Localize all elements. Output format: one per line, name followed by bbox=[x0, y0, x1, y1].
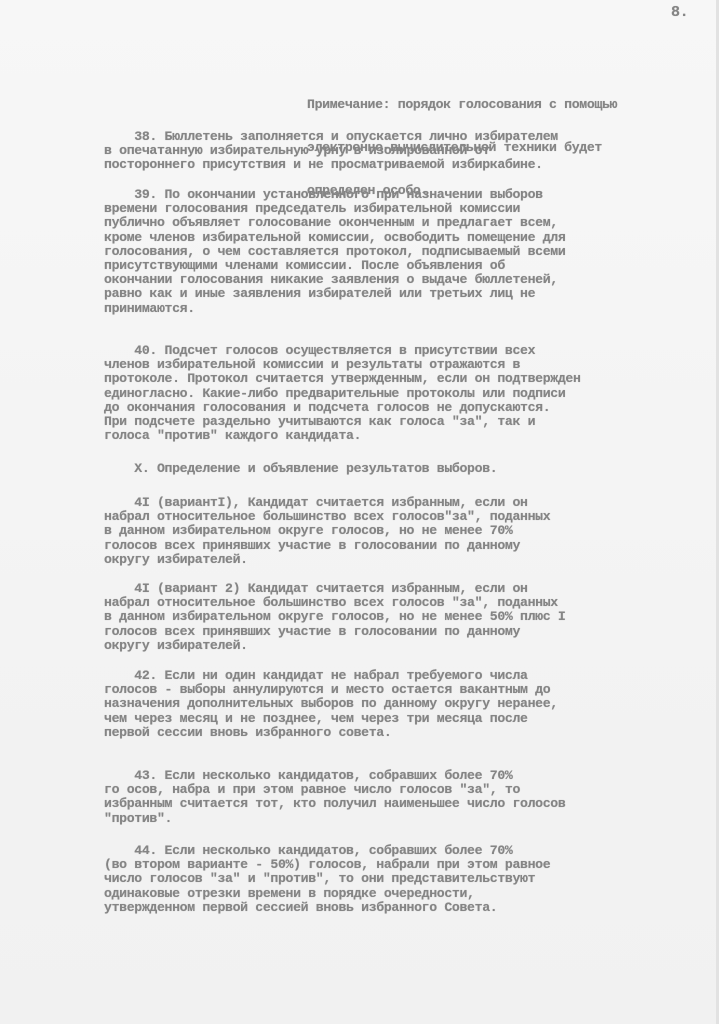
paragraph-40: 40. Подсчет голосов осуществляется в при… bbox=[104, 344, 581, 443]
paragraph-44: 44. Если несколько кандидатов, собравших… bbox=[104, 844, 550, 915]
section-heading-x: X. Определение и объявление результатов … bbox=[104, 462, 497, 476]
text-line: округу избирателей. bbox=[104, 639, 565, 653]
text-line: в данном избирательном округе голосов, н… bbox=[104, 524, 550, 538]
text-line: принимаются. bbox=[104, 302, 565, 316]
text-line: первой сессии вновь избранного совета. bbox=[104, 726, 558, 740]
paragraph-43: 43. Если несколько кандидатов, собравших… bbox=[104, 769, 565, 826]
text-line: голосов всех принявших участие в голосов… bbox=[104, 539, 550, 553]
text-line: членов избирательной комиссии и результа… bbox=[104, 358, 581, 372]
text-line: X. Определение и объявление результатов … bbox=[104, 462, 497, 476]
text-line: публично объявляет голосование оконченны… bbox=[104, 216, 565, 230]
text-line: голосования, о чем составляется протокол… bbox=[104, 245, 565, 259]
paragraph-41-variant-2: 4I (вариант 2) Кандидат считается избран… bbox=[104, 582, 565, 653]
text-line: голосов всех принявших участие в голосов… bbox=[104, 625, 565, 639]
text-line: избранным считается тот, кто получил наи… bbox=[104, 797, 565, 811]
text-line: кроме членов избирательной комиссии, осв… bbox=[104, 231, 565, 245]
text-line: (во втором варианте - 50%) голосов, набр… bbox=[104, 858, 550, 872]
text-line: "против". bbox=[104, 812, 565, 826]
document-page: 8. Примечание: порядок голосования с пом… bbox=[0, 0, 719, 1024]
text-line: голоса "против" каждого кандидата. bbox=[104, 429, 581, 443]
page-number: 8. bbox=[671, 6, 688, 20]
text-line: чем через месяц и не позднее, чем через … bbox=[104, 712, 558, 726]
text-line: протоколе. Протокол считается утвержденн… bbox=[104, 372, 581, 386]
text-line: постороннего присутствия и не просматрив… bbox=[104, 158, 558, 172]
text-line: утвержденном первой сессией вновь избран… bbox=[104, 901, 550, 915]
text-line: равно как и иные заявления избирателей и… bbox=[104, 287, 565, 301]
text-line: При подсчете раздельно учитываются как г… bbox=[104, 415, 581, 429]
paragraph-42: 42. Если ни один кандидат не набрал треб… bbox=[104, 669, 558, 740]
paragraph-38: 38. Бюллетень заполняется и опускается л… bbox=[104, 130, 558, 173]
text-line: одинаковые отрезки времени в порядке оче… bbox=[104, 887, 550, 901]
text-line: округу избирателей. bbox=[104, 553, 550, 567]
text-line: число голосов "за" и "против", то они пр… bbox=[104, 872, 550, 886]
text-line: в данном избирательном округе голосов, н… bbox=[104, 610, 565, 624]
text-line: назначения дополнительных выборов по дан… bbox=[104, 697, 558, 711]
paragraph-39: 39. По окончании установленного при назн… bbox=[104, 188, 565, 316]
paragraph-41-variant-1: 4I (вариантI), Кандидат считается избран… bbox=[104, 496, 550, 567]
text-line: до окончания голосования и подсчета голо… bbox=[104, 401, 581, 415]
note-line: Примечание: порядок голосования с помощь… bbox=[307, 98, 617, 112]
text-line: единогласно. Какие-либо предварительные … bbox=[104, 387, 581, 401]
